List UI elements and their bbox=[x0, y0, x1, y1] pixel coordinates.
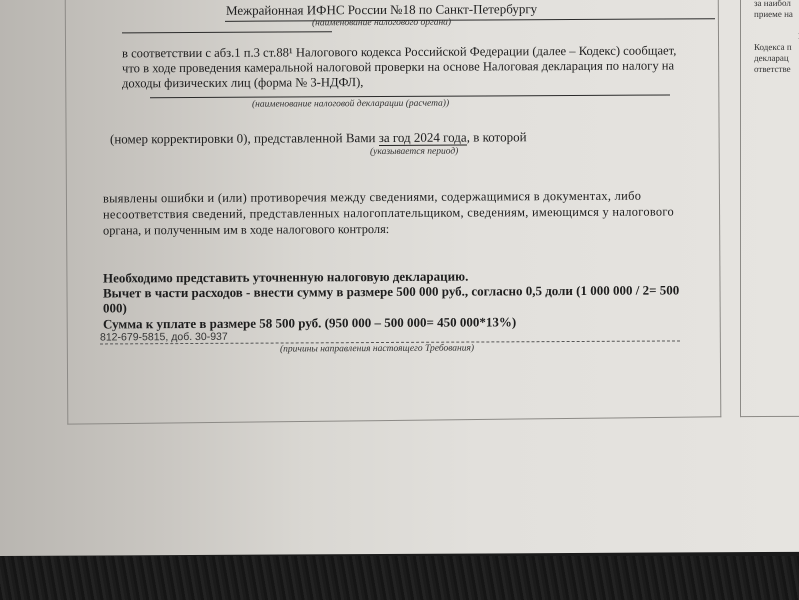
period-line: (номер корректировки 0), представленной … bbox=[110, 129, 527, 147]
requirement-line-4: Сумма к уплате в размере 58 500 руб. (95… bbox=[103, 314, 516, 332]
reasons-caption: (причины направления настоящего Требован… bbox=[280, 344, 474, 355]
findings-line-1: выявлены ошибки и (или) противоречия меж… bbox=[103, 189, 641, 207]
intro-line-2: что в ходе проведения камеральной налого… bbox=[122, 58, 674, 76]
background-fabric bbox=[0, 556, 799, 600]
document-page: за наибол приеме на К Кодекса п декларац… bbox=[0, 0, 799, 556]
findings-line-2: несоответствия сведений, представленных … bbox=[103, 204, 674, 222]
requirement-line-3: 000) bbox=[103, 300, 127, 316]
requirement-line-2: Вычет в части расходов - внести сумму в … bbox=[103, 282, 679, 301]
findings-line-3: органа, и полученным им в ходе налоговог… bbox=[103, 222, 389, 238]
declaration-caption: (наименование налоговой декларации (расч… bbox=[252, 99, 449, 110]
adjacent-page-text: за наибол приеме на К Кодекса п декларац… bbox=[754, 0, 799, 75]
tax-authority-name: Межрайонная ИФНС России №18 по Санкт-Пет… bbox=[226, 1, 537, 19]
contact-phone: 812-679-5815, доб. 30-937 bbox=[100, 331, 228, 344]
tax-authority-caption: (наименование налогового органа) bbox=[312, 18, 451, 29]
intro-line-3: доходы физических лиц (форма № 3-НДФЛ), bbox=[122, 75, 363, 91]
period-value: за год 2024 года bbox=[379, 130, 467, 146]
period-caption: (указывается период) bbox=[370, 147, 458, 157]
